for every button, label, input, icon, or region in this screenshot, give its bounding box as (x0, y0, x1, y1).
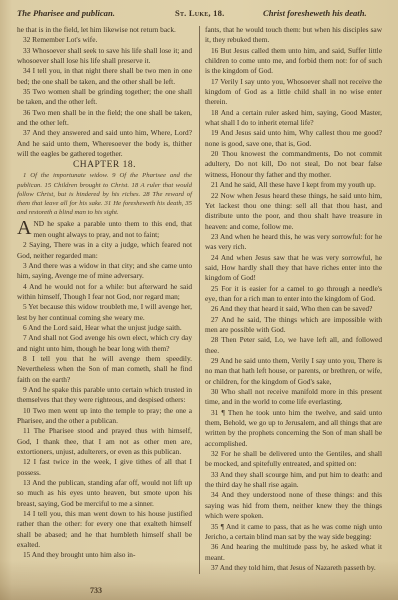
verse: 32 For he shall be delivered unto the Ge… (205, 449, 382, 470)
verse: 6 And the Lord said, Hear what the unjus… (17, 323, 192, 333)
verse: 11 The Pharisee stood and prayed thus wi… (17, 426, 192, 457)
verse-1-smallcaps: ND (33, 219, 44, 228)
verse: 35 ¶ And it came to pass, that as he was… (205, 522, 382, 543)
left-column: he that is in the field, let him likewis… (17, 25, 192, 561)
column-divider (199, 26, 200, 574)
running-header: The Pharisee and publican. St. Luke, 18.… (17, 8, 392, 22)
header-left-title: The Pharisee and publican. (17, 8, 115, 18)
verse: 36 Two men shall be in the field; the on… (17, 108, 192, 129)
verse: 15 And they brought unto him also in- (17, 550, 192, 560)
verse-1: AND he spake a parable unto them to this… (17, 219, 192, 240)
verse: 21 And he said, All these have I kept fr… (205, 180, 382, 190)
verse: 36 And hearing the multitude pass by, he… (205, 542, 382, 563)
page-number: 733 (90, 586, 102, 595)
verse: 4 And he would not for a while: but afte… (17, 282, 192, 303)
verse: 3 And there was a widow in that city; an… (17, 261, 192, 282)
verse: 37 And they answered and said unto him, … (17, 128, 192, 159)
verse: 2 Saying, There was in a city a judge, w… (17, 240, 192, 261)
verse: 20 Thou knowest the commandments, Do not… (205, 149, 382, 180)
bible-page: The Pharisee and publican. St. Luke, 18.… (0, 0, 398, 600)
right-column: fants, that he would touch them: but whe… (205, 25, 382, 573)
verse: 17 Verily I say unto you, Whosoever shal… (205, 77, 382, 108)
verse: 19 And Jesus said unto him, Why callest … (205, 128, 382, 149)
verse: 9 And he spake this parable unto certain… (17, 385, 192, 406)
verse: 5 Yet because this widow troubleth me, I… (17, 302, 192, 323)
verse: 34 I tell you, in that night there shall… (17, 66, 192, 87)
chapter-summary: 1 Of the importunate widow. 9 Of the Pha… (17, 171, 192, 217)
verse: 8 I tell you that he will avenge them sp… (17, 354, 192, 385)
chapter-title: CHAPTER 18. (17, 160, 192, 171)
verse: 37 And they told him, that Jesus of Naza… (205, 563, 382, 573)
header-right-title: Christ foresheweth his death. (263, 8, 367, 18)
verse: 24 And when Jesus saw that he was very s… (205, 253, 382, 284)
header-book-chapter: St. Luke, 18. (175, 8, 224, 18)
verse-1-text: he spake a parable unto them to this end… (33, 219, 192, 238)
verse: 25 For it is easier for a camel to go th… (205, 284, 382, 305)
verse: 10 Two men went up into the temple to pr… (17, 406, 192, 427)
verse: 32 Remember Lot's wife. (17, 35, 192, 45)
verse: 30 Who shall not receive manifold more i… (205, 387, 382, 408)
verse: 33 And they shall scourge him, and put h… (205, 470, 382, 491)
verse: 18 And a certain ruler asked him, saying… (205, 108, 382, 129)
verse: 23 And when he heard this, he was very s… (205, 232, 382, 253)
verse: 27 And he said, The things which are imp… (205, 315, 382, 336)
verse: 12 I fast twice in the week, I give tith… (17, 457, 192, 478)
verse: 7 And shall not God avenge his own elect… (17, 333, 192, 354)
drop-cap: A (17, 220, 31, 237)
verse: 16 But Jesus called them unto him, and s… (205, 46, 382, 77)
verse-continuation: fants, that he would touch them: but whe… (205, 25, 382, 46)
verse: 29 And he said unto them, Verily I say u… (205, 356, 382, 387)
verse: 26 And they that heard it said, Who then… (205, 304, 382, 314)
verse: 33 Whosoever shall seek to save his life… (17, 46, 192, 67)
verse: 22 Now when Jesus heard these things, he… (205, 191, 382, 232)
verse: 28 Then Peter said, Lo, we have left all… (205, 335, 382, 356)
verse: 34 And they understood none of these thi… (205, 490, 382, 521)
verse: 35 Two women shall be grinding together;… (17, 87, 192, 108)
verse: 14 I tell you, this man went down to his… (17, 509, 192, 550)
verse: 31 ¶ Then he took unto him the twelve, a… (205, 408, 382, 449)
verse-continuation: he that is in the field, let him likewis… (17, 25, 192, 35)
verse: 13 And the publican, standing afar off, … (17, 478, 192, 509)
